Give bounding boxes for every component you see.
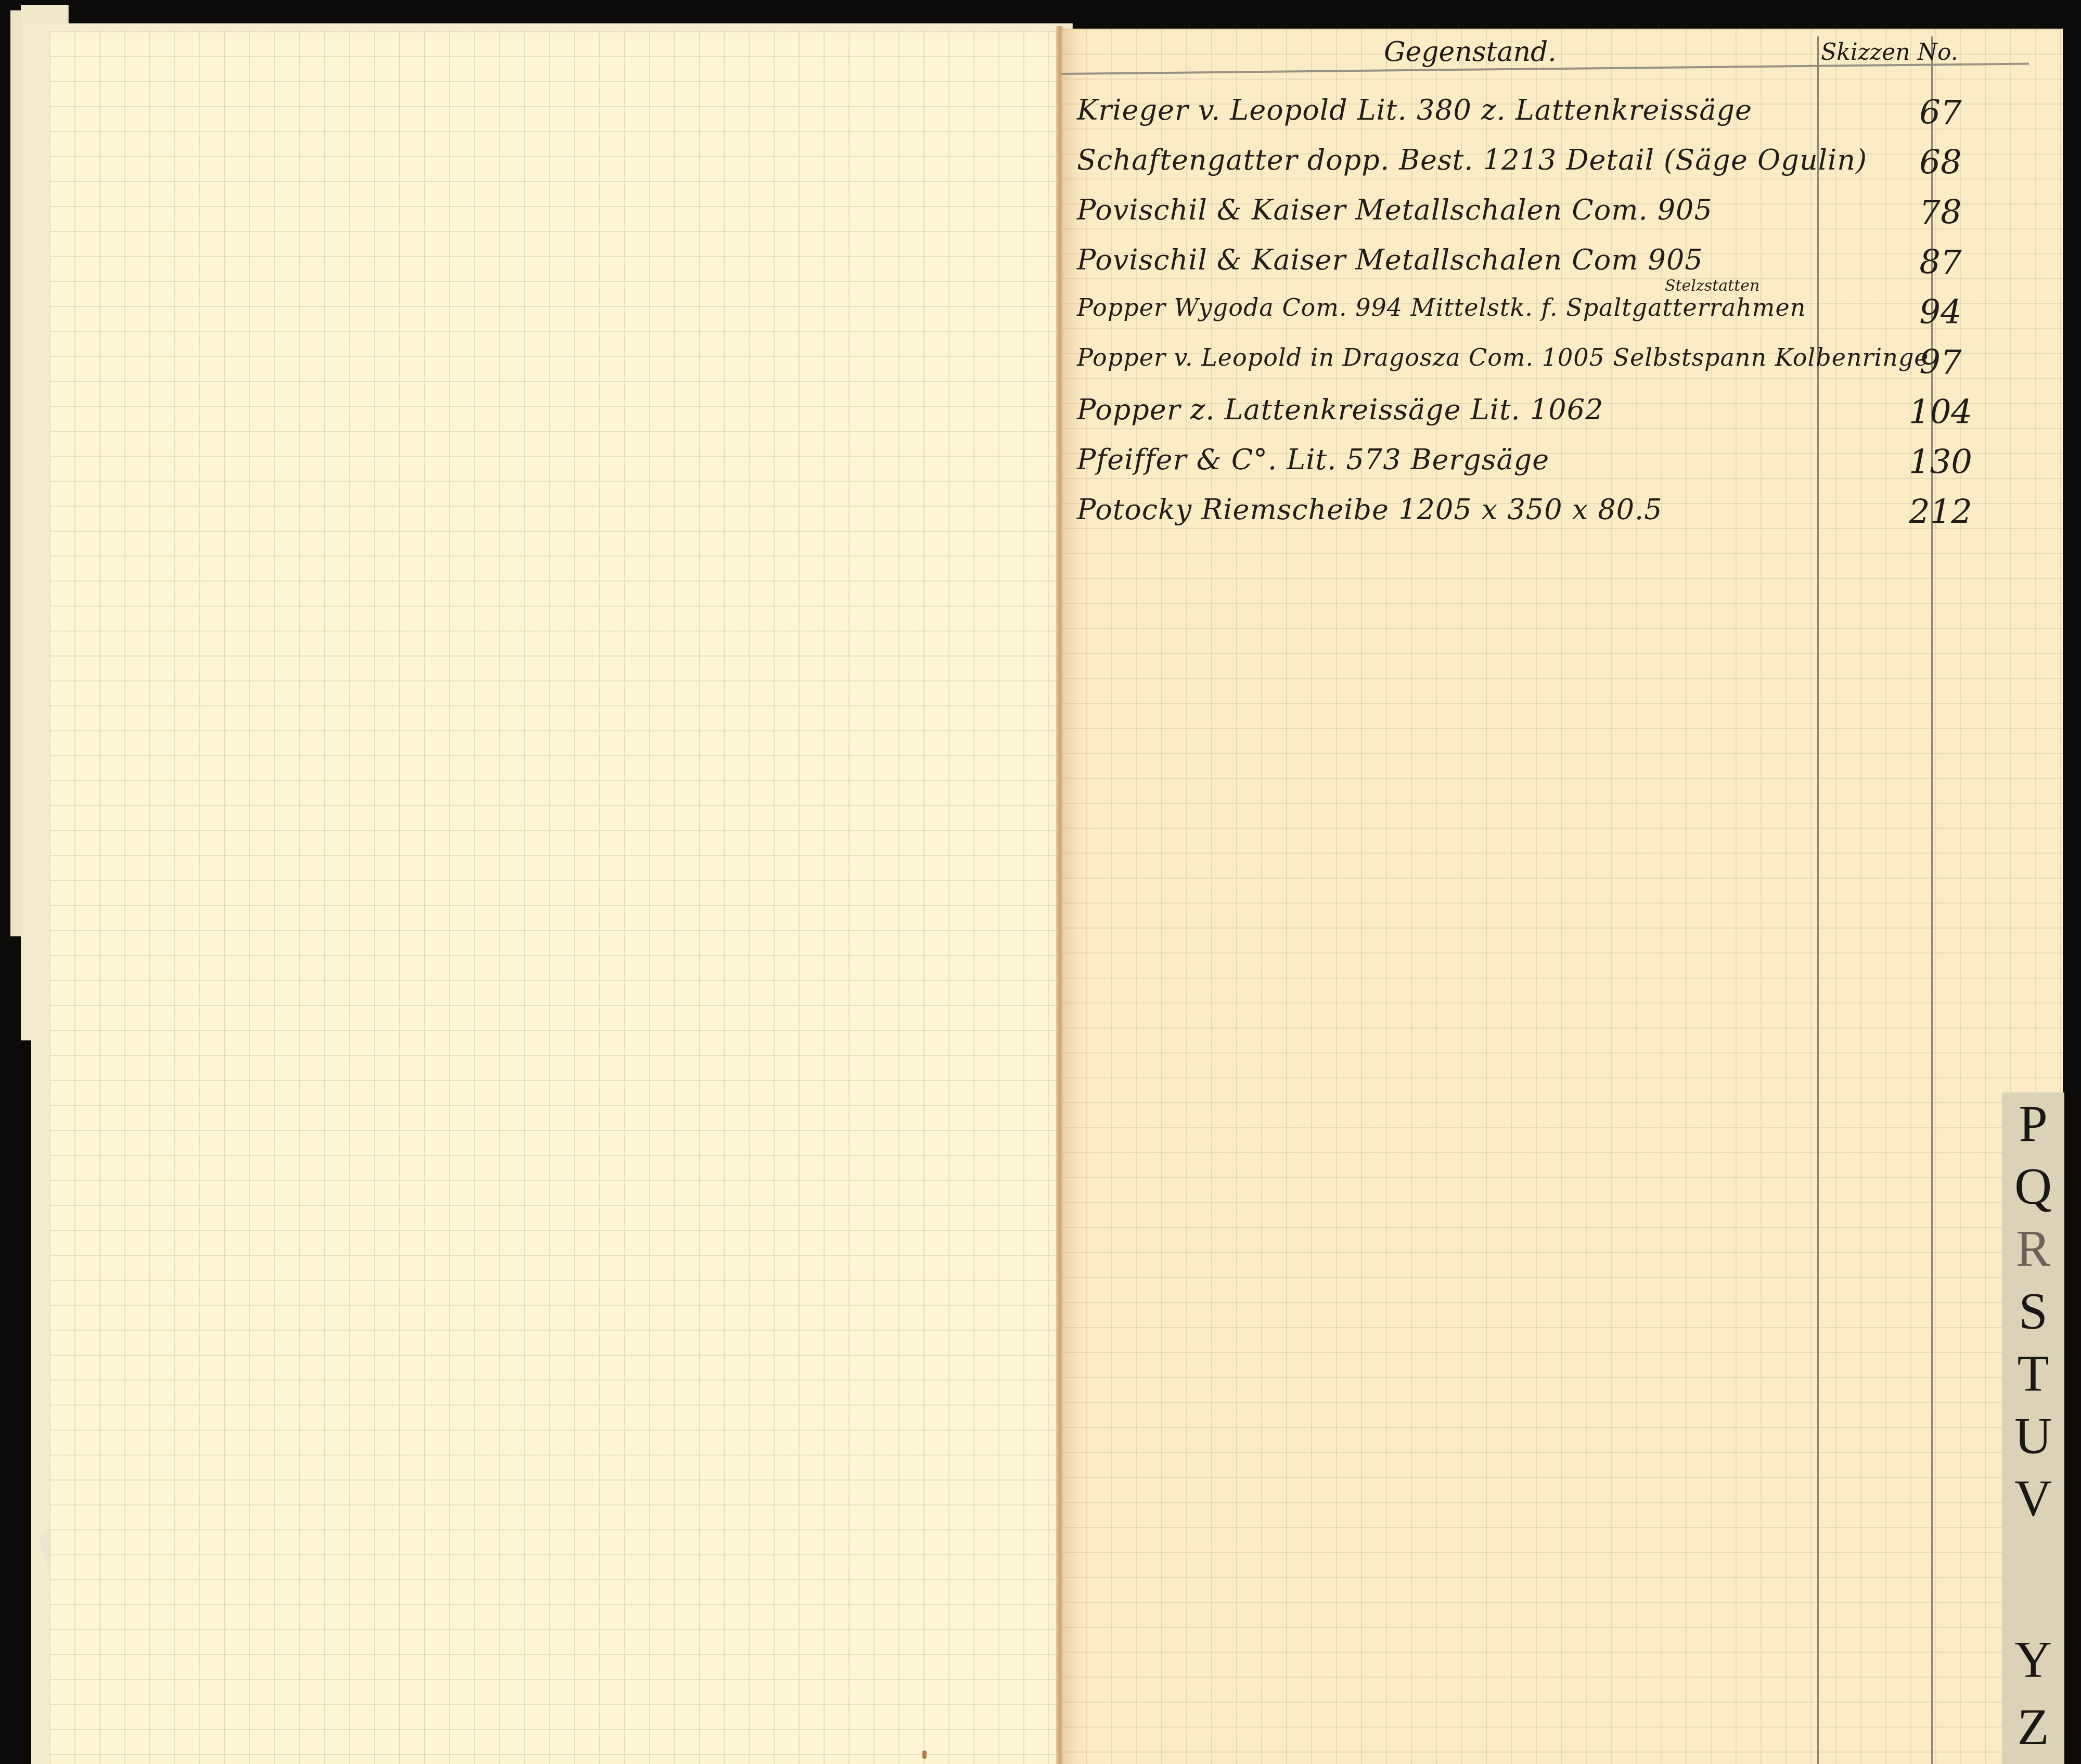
index-tab-s[interactable]: S [2002,1280,2064,1343]
entry-description: Povischil & Kaiser Metallschalen Com. 90… [1077,194,1713,226]
entry-description: Krieger v. Leopold Lit. 380 z. Lattenkre… [1077,94,1752,126]
left-page [49,31,1074,1764]
ledger-row: Povischil & Kaiser Metallschalen Com 905… [1077,238,2029,288]
ledger-row: Krieger v. Leopold Lit. 380 z. Lattenkre… [1077,88,2029,138]
index-tab-z[interactable]: Z [2002,1696,2064,1764]
ledger-row: Potocky Riemscheibe 1205 x 350 x 80.5 21… [1077,488,2029,538]
index-tab-t[interactable]: T [2002,1342,2064,1406]
entry-sketch-number: 212 [1883,493,1998,532]
entry-sketch-number: 78 [1883,194,1998,232]
entry-sketch-number: 87 [1883,243,1998,282]
entry-description: Potocky Riemscheibe 1205 x 350 x 80.5 [1077,493,1663,526]
ledger-row: Schaftengatter dopp. Best. 1213 Detail (… [1077,138,2029,188]
index-tab-q[interactable]: Q [2002,1155,2064,1218]
entry-description: Povischil & Kaiser Metallschalen Com 905 [1077,243,1703,276]
ledger-row: Popper z. Lattenkreissäge Lit. 1062 104 [1077,388,2029,438]
index-tabs: P Q R S T U V Y Z [2002,1092,2064,1764]
entry-superscript-note: Stelzstatten [1665,277,1759,295]
column-header-sketch-no: Skizzen No. [1821,39,1958,66]
entry-sketch-number: 94 [1883,293,1998,332]
index-tab-p[interactable]: P [2002,1092,2064,1156]
ink-spot [922,1750,927,1759]
index-tab-u[interactable]: U [2002,1405,2064,1468]
entry-sketch-number: 68 [1883,144,1998,182]
index-tab-r[interactable]: R [2002,1217,2064,1281]
entry-description: Popper z. Lattenkreissäge Lit. 1062 [1077,393,1603,426]
entry-description: Popper v. Leopold in Dragosza Com. 1005 … [1077,343,1929,371]
ledger-row: Popper Wygoda Com. 994 Mittelstk. f. Spa… [1077,288,2029,338]
entry-description: Pfeiffer & C°. Lit. 573 Bergsäge [1077,443,1549,476]
ledger-row: Povischil & Kaiser Metallschalen Com. 90… [1077,188,2029,238]
entry-sketch-number: 130 [1883,443,1998,482]
index-tab-w[interactable] [2002,1529,2064,1624]
entry-sketch-number: 104 [1883,393,1998,432]
ledger-entries: Krieger v. Leopold Lit. 380 z. Lattenkre… [1077,88,2029,538]
entry-description: Popper Wygoda Com. 994 Mittelstk. f. Spa… [1077,293,1806,321]
book-gutter [1056,26,1063,1764]
index-tab-v[interactable]: V [2002,1467,2064,1530]
column-header-subject: Gegenstand. [1384,36,1557,68]
entry-description: Schaftengatter dopp. Best. 1213 Detail (… [1077,144,1867,176]
entry-sketch-number: 67 [1883,94,1998,132]
entry-sketch-number: 97 [1883,343,1998,382]
ledger-row: Pfeiffer & C°. Lit. 573 Bergsäge 130 [1077,438,2029,488]
index-tab-y[interactable]: Y [2002,1623,2064,1697]
ledger-row: Popper v. Leopold in Dragosza Com. 1005 … [1077,338,2029,388]
